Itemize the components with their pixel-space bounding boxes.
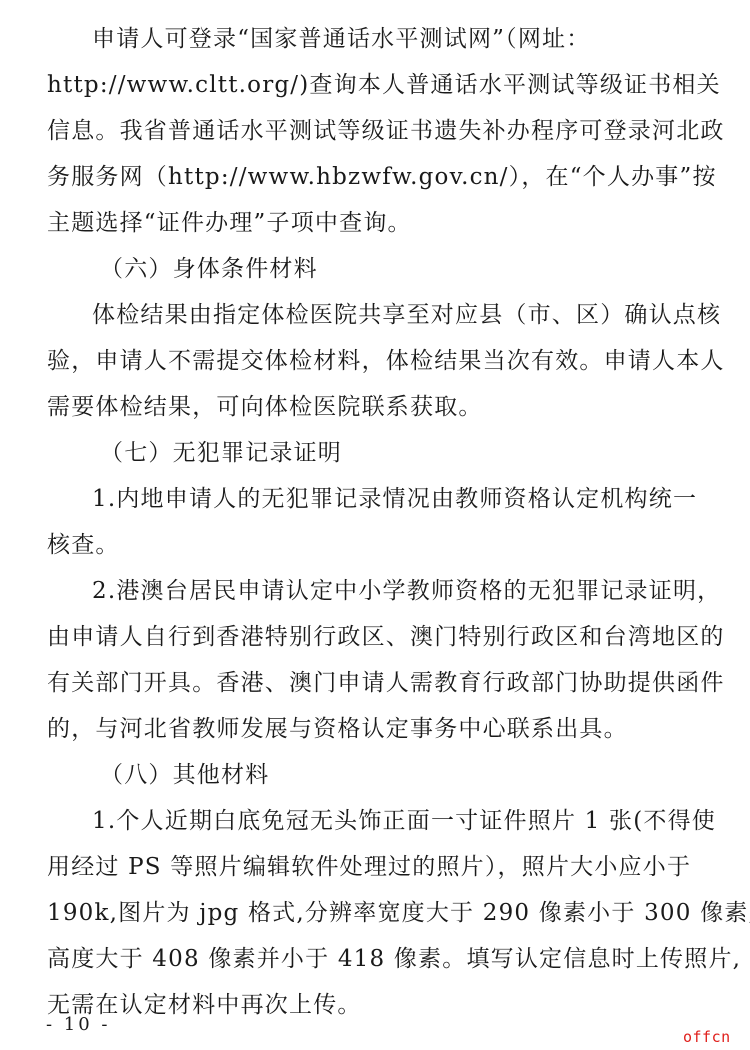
paragraph-line: 验，申请人不需提交体检材料，体检结果当次有效。申请人本人 bbox=[47, 346, 703, 376]
paragraph-line: 1.内地申请人的无犯罪记录情况由教师资格认定机构统一 bbox=[92, 484, 748, 514]
paragraph-line: 的，与河北省教师发展与资格认定事务中心联系出具。 bbox=[47, 714, 703, 744]
paragraph-line: 核查。 bbox=[47, 530, 703, 560]
paragraph-line: 1.个人近期白底免冠无头饰正面一寸证件照片 1 张(不得使 bbox=[92, 806, 748, 836]
paragraph-line: 主题选择“证件办理”子项中查询。 bbox=[47, 208, 703, 238]
paragraph-line: 高度大于 408 像素并小于 418 像素。填写认定信息时上传照片, bbox=[47, 944, 703, 974]
watermark-logo: offcn bbox=[683, 1028, 731, 1046]
paragraph-line: http://www.cltt.org/)查询本人普通话水平测试等级证书相关 bbox=[47, 70, 703, 100]
paragraph-line: 务服务网（http://www.hbzwfw.gov.cn/），在“个人办事”按 bbox=[47, 162, 703, 192]
paragraph-line: 信息。我省普通话水平测试等级证书遗失补办程序可登录河北政 bbox=[47, 116, 703, 146]
page-number: - 10 - bbox=[46, 1014, 111, 1035]
paragraph-line: 有关部门开具。香港、澳门申请人需教育行政部门协助提供函件 bbox=[47, 668, 703, 698]
section-heading-7: （七）无犯罪记录证明 bbox=[100, 438, 750, 468]
section-heading-8: （八）其他材料 bbox=[100, 760, 750, 790]
document-page: 申请人可登录“国家普通话水平测试网”（网址： http://www.cltt.o… bbox=[0, 0, 750, 1050]
section-heading-6: （六）身体条件材料 bbox=[100, 254, 750, 284]
paragraph-line: 无需在认定材料中再次上传。 bbox=[47, 990, 703, 1020]
paragraph-line: 申请人可登录“国家普通话水平测试网”（网址： bbox=[92, 24, 748, 54]
paragraph-line: 由申请人自行到香港特别行政区、澳门特别行政区和台湾地区的 bbox=[47, 622, 703, 652]
paragraph-line: 190k,图片为 jpg 格式,分辨率宽度大于 290 像素小于 300 像素, bbox=[47, 898, 703, 928]
paragraph-line: 用经过 PS 等照片编辑软件处理过的照片），照片大小应小于 bbox=[47, 852, 703, 882]
paragraph-line: 体检结果由指定体检医院共享至对应县（市、区）确认点核 bbox=[92, 300, 748, 330]
paragraph-line: 2.港澳台居民申请认定中小学教师资格的无犯罪记录证明， bbox=[92, 576, 748, 606]
paragraph-line: 需要体检结果，可向体检医院联系获取。 bbox=[47, 392, 703, 422]
